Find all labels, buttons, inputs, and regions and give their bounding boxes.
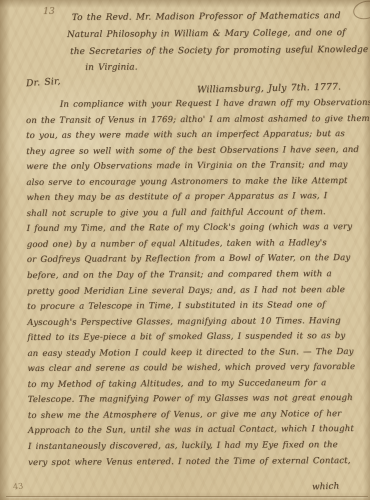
letter-body: In compliance with your Request I have d… — [26, 96, 351, 471]
body-line: I found my Time, and the Rate of my Cloc… — [27, 220, 350, 238]
body-line: when they may be as destitute of a prope… — [26, 189, 349, 207]
address-line: the Secretaries of the Society for promo… — [70, 42, 357, 61]
page-number: 43 — [13, 481, 24, 491]
body-line: were the only Observations made in Virgi… — [26, 158, 349, 176]
address-line: Natural Philosophy in William & Mary Col… — [67, 25, 357, 44]
address-line: To the Revd. Mr. Madison Professor of Ma… — [72, 8, 357, 27]
salutation: Dr. Sir, — [26, 76, 61, 89]
body-line: Telescope. The magnifying Power of my Gl… — [28, 391, 351, 409]
body-line: In compliance with your Request I have d… — [26, 96, 349, 114]
body-line: to procure a Telescope in Time, I substi… — [27, 298, 350, 316]
address-block: To the Revd. Mr. Madison Professor of Ma… — [72, 8, 357, 77]
body-line: before, and on the Day of the Transit; a… — [27, 267, 350, 285]
dateline: Williamsburg, July 7th. 1777. — [197, 81, 341, 95]
body-line: fitted to its Eye-piece a bit of smoked … — [27, 329, 350, 347]
page-bottom-crease — [6, 496, 368, 497]
body-line: I instantaneously discovered, as, luckil… — [28, 438, 351, 456]
catchword: which — [311, 482, 339, 493]
body-line: was clear and serene as could be wished,… — [27, 360, 350, 378]
pencil-folio-mark: 13 — [43, 7, 55, 17]
body-line: to you, as they were made with such an i… — [26, 127, 349, 145]
manuscript-letter-page: 13 To the Revd. Mr. Madison Professor of… — [0, 0, 370, 500]
body-line: very spot where Venus entered. I noted t… — [28, 454, 351, 472]
address-line: in Virginia. — [85, 58, 357, 77]
